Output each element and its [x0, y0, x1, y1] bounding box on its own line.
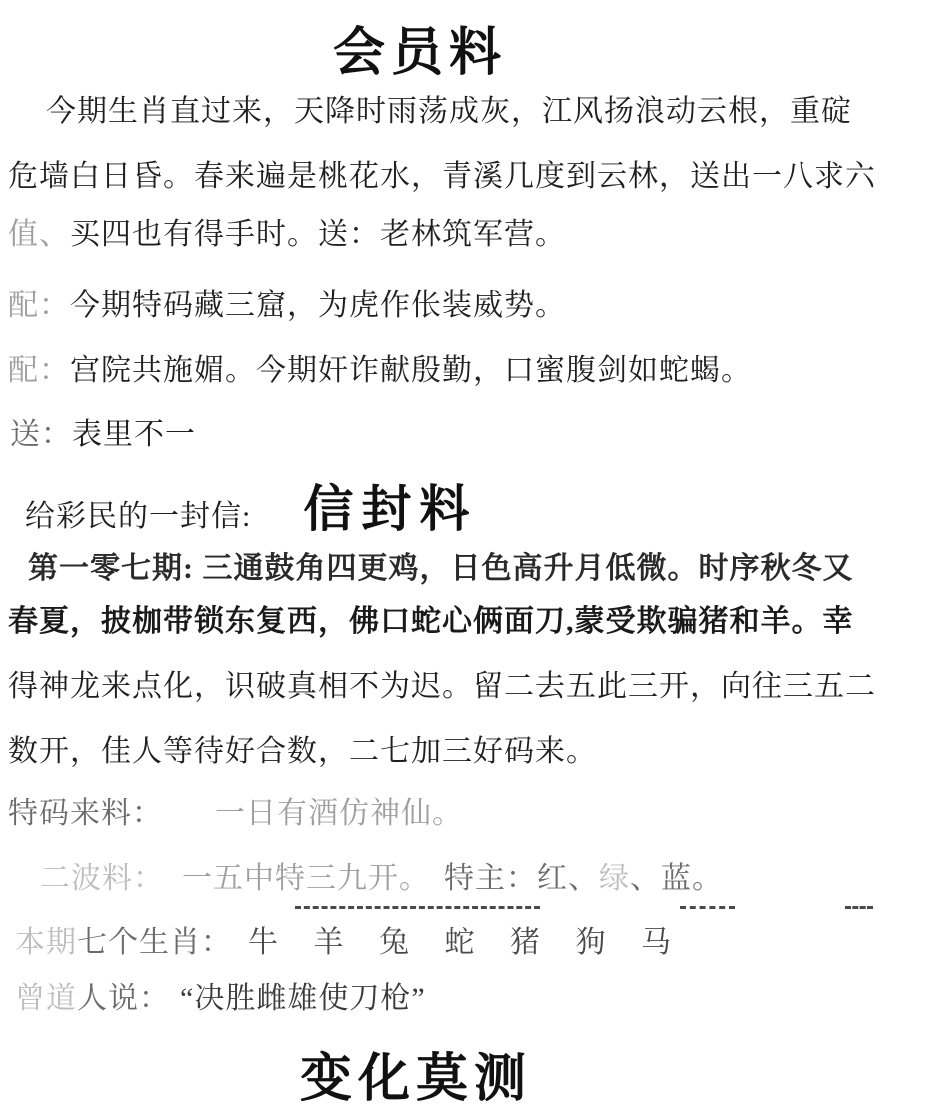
color-green-faded: 绿 — [599, 862, 630, 895]
zodiac-label: 七个生肖： — [77, 926, 232, 959]
line-text: 今期特码藏三窟，为虎作伥装威势。 — [70, 289, 566, 322]
color-red: 红、 — [537, 862, 599, 895]
pei-line-2: 配：宫院共施媚。今期奸诈献殷勤，口蜜腹剑如蛇蝎。 — [8, 352, 752, 390]
quote-text: “决胜雌雄使刀枪” — [180, 982, 426, 1015]
pei-line-1: 配：今期特码藏三窟，为虎作伥装威势。 — [8, 287, 566, 325]
line-text: 买四也有得手时。送：老林筑军营。 — [70, 218, 566, 251]
smudge-dash-mid — [680, 906, 735, 909]
scanned-lottery-tip-sheet: 会员料 今期生肖直过来，天降时雨荡成灰，江风扬浪动云根，重碇 危墙白日昏。春来遍… — [0, 0, 929, 1113]
master-quote-line: 曾道人说：“决胜雌雄使刀枪” — [15, 980, 426, 1018]
issue-107-verse-line-3: 得神龙来点化，识破真相不为迟。留二去五此三开，向往三五二 — [8, 668, 876, 706]
line-text: 宫院共施媚。今期奸诈献殷勤，口蜜腹剑如蛇蝎。 — [70, 354, 752, 387]
zodiac-label-faded: 本期 — [15, 926, 77, 959]
member-verse-line-2: 危墙白日昏。春来遍是桃花水，青溪几度到云林，送出一八求六 — [8, 158, 876, 196]
member-verse-line-3: 值、买四也有得手时。送：老林筑军营。 — [8, 216, 566, 254]
line-text: 表里不一 — [72, 418, 196, 451]
pei-label: 配： — [8, 289, 70, 322]
tezhu-label: 特主： — [444, 862, 537, 895]
member-material-heading: 会员料 — [333, 10, 507, 85]
tema-label: 特码来料： — [8, 797, 163, 830]
song-line: 送：表里不一 — [10, 416, 196, 454]
issue-107-verse-line-1: 第一零七期: 三通鼓角四更鸡，日色高升月低微。时序秋冬又 — [28, 550, 854, 588]
envelope-heading-row: 给彩民的一封信: 信封料 — [25, 478, 477, 541]
envelope-material-heading: 信封料 — [303, 478, 477, 541]
quote-speaker: 人说： — [77, 982, 170, 1015]
unpredictable-heading: 变化莫测 — [300, 1036, 532, 1111]
smudge-dash-long — [295, 906, 540, 909]
letter-to-punters-label: 给彩民的一封信: — [25, 498, 251, 536]
tema-tip-line: 特码来料：一日有酒仿神仙。 — [8, 795, 463, 833]
pei-label: 配： — [8, 354, 70, 387]
song-label: 送： — [10, 418, 72, 451]
member-verse-line-1: 今期生肖直过来，天降时雨荡成灰，江风扬浪动云根，重碇 — [46, 93, 852, 131]
color-blue: 、蓝。 — [630, 862, 723, 895]
zodiac-animals: 牛 羊 兔 蛇 猪 狗 马 — [248, 926, 685, 959]
issue-107-verse-line-2: 春夏，披枷带锁东复西，佛口蛇心俩面刀,蒙受欺骗猪和羊。幸 — [8, 603, 854, 641]
wave-text: 一五中特三九开。 — [182, 862, 430, 895]
zodiac-tip-line: 本期七个生肖：牛 羊 兔 蛇 猪 狗 马 — [15, 924, 685, 962]
tema-text: 一日有酒仿神仙。 — [215, 797, 463, 830]
wave-tip-line: 二波料：一五中特三九开。特主：红、绿、蓝。 — [40, 860, 723, 898]
wave-label: 二波料： — [40, 862, 164, 895]
quote-speaker-faded: 曾道 — [15, 982, 77, 1015]
smudge-dash-short — [845, 906, 873, 909]
faded-text: 值、 — [8, 218, 70, 251]
issue-107-verse-line-4: 数开，佳人等待好合数，二七加三好码来。 — [8, 733, 597, 771]
